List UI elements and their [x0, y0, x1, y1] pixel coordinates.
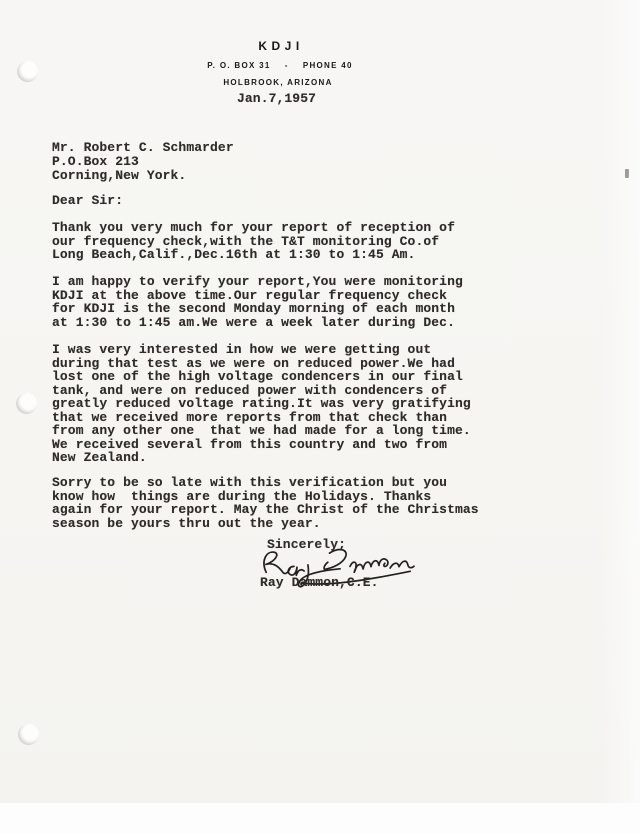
letterhead-station: KDJI: [258, 39, 303, 53]
letterhead-city: HOLBROOK, ARIZONA: [223, 78, 332, 87]
body-paragraph-2: I am happy to verify your report,You wer…: [52, 275, 463, 329]
punch-hole-middle: [16, 393, 37, 414]
body-paragraph-1: Thank you very much for your report of r…: [52, 221, 455, 262]
recipient-address: Mr. Robert C. Schmarder P.O.Box 213 Corn…: [52, 141, 234, 183]
scan-edge-highlight: [600, 0, 640, 803]
letter-date: Jan.7,1957: [237, 92, 316, 106]
punch-hole-bottom: [18, 724, 39, 745]
body-paragraph-4: Sorry to be so late with this verificati…: [52, 476, 479, 530]
scanned-letter: KDJI P. O. BOX 31 - PHONE 40 HOLBROOK, A…: [0, 0, 640, 833]
punch-hole-top: [17, 61, 38, 82]
letter-paper: KDJI P. O. BOX 31 - PHONE 40 HOLBROOK, A…: [0, 0, 640, 804]
letterhead-po-phone: P. O. BOX 31 - PHONE 40: [207, 61, 353, 70]
scan-artifact-mark: [625, 169, 629, 178]
scanner-background-strip: [0, 803, 640, 833]
salutation: Dear Sir:: [52, 194, 123, 208]
typed-signature-name: Ray Dammon,C.E.: [260, 576, 379, 590]
body-paragraph-3: I was very interested in how we were get…: [52, 343, 471, 465]
